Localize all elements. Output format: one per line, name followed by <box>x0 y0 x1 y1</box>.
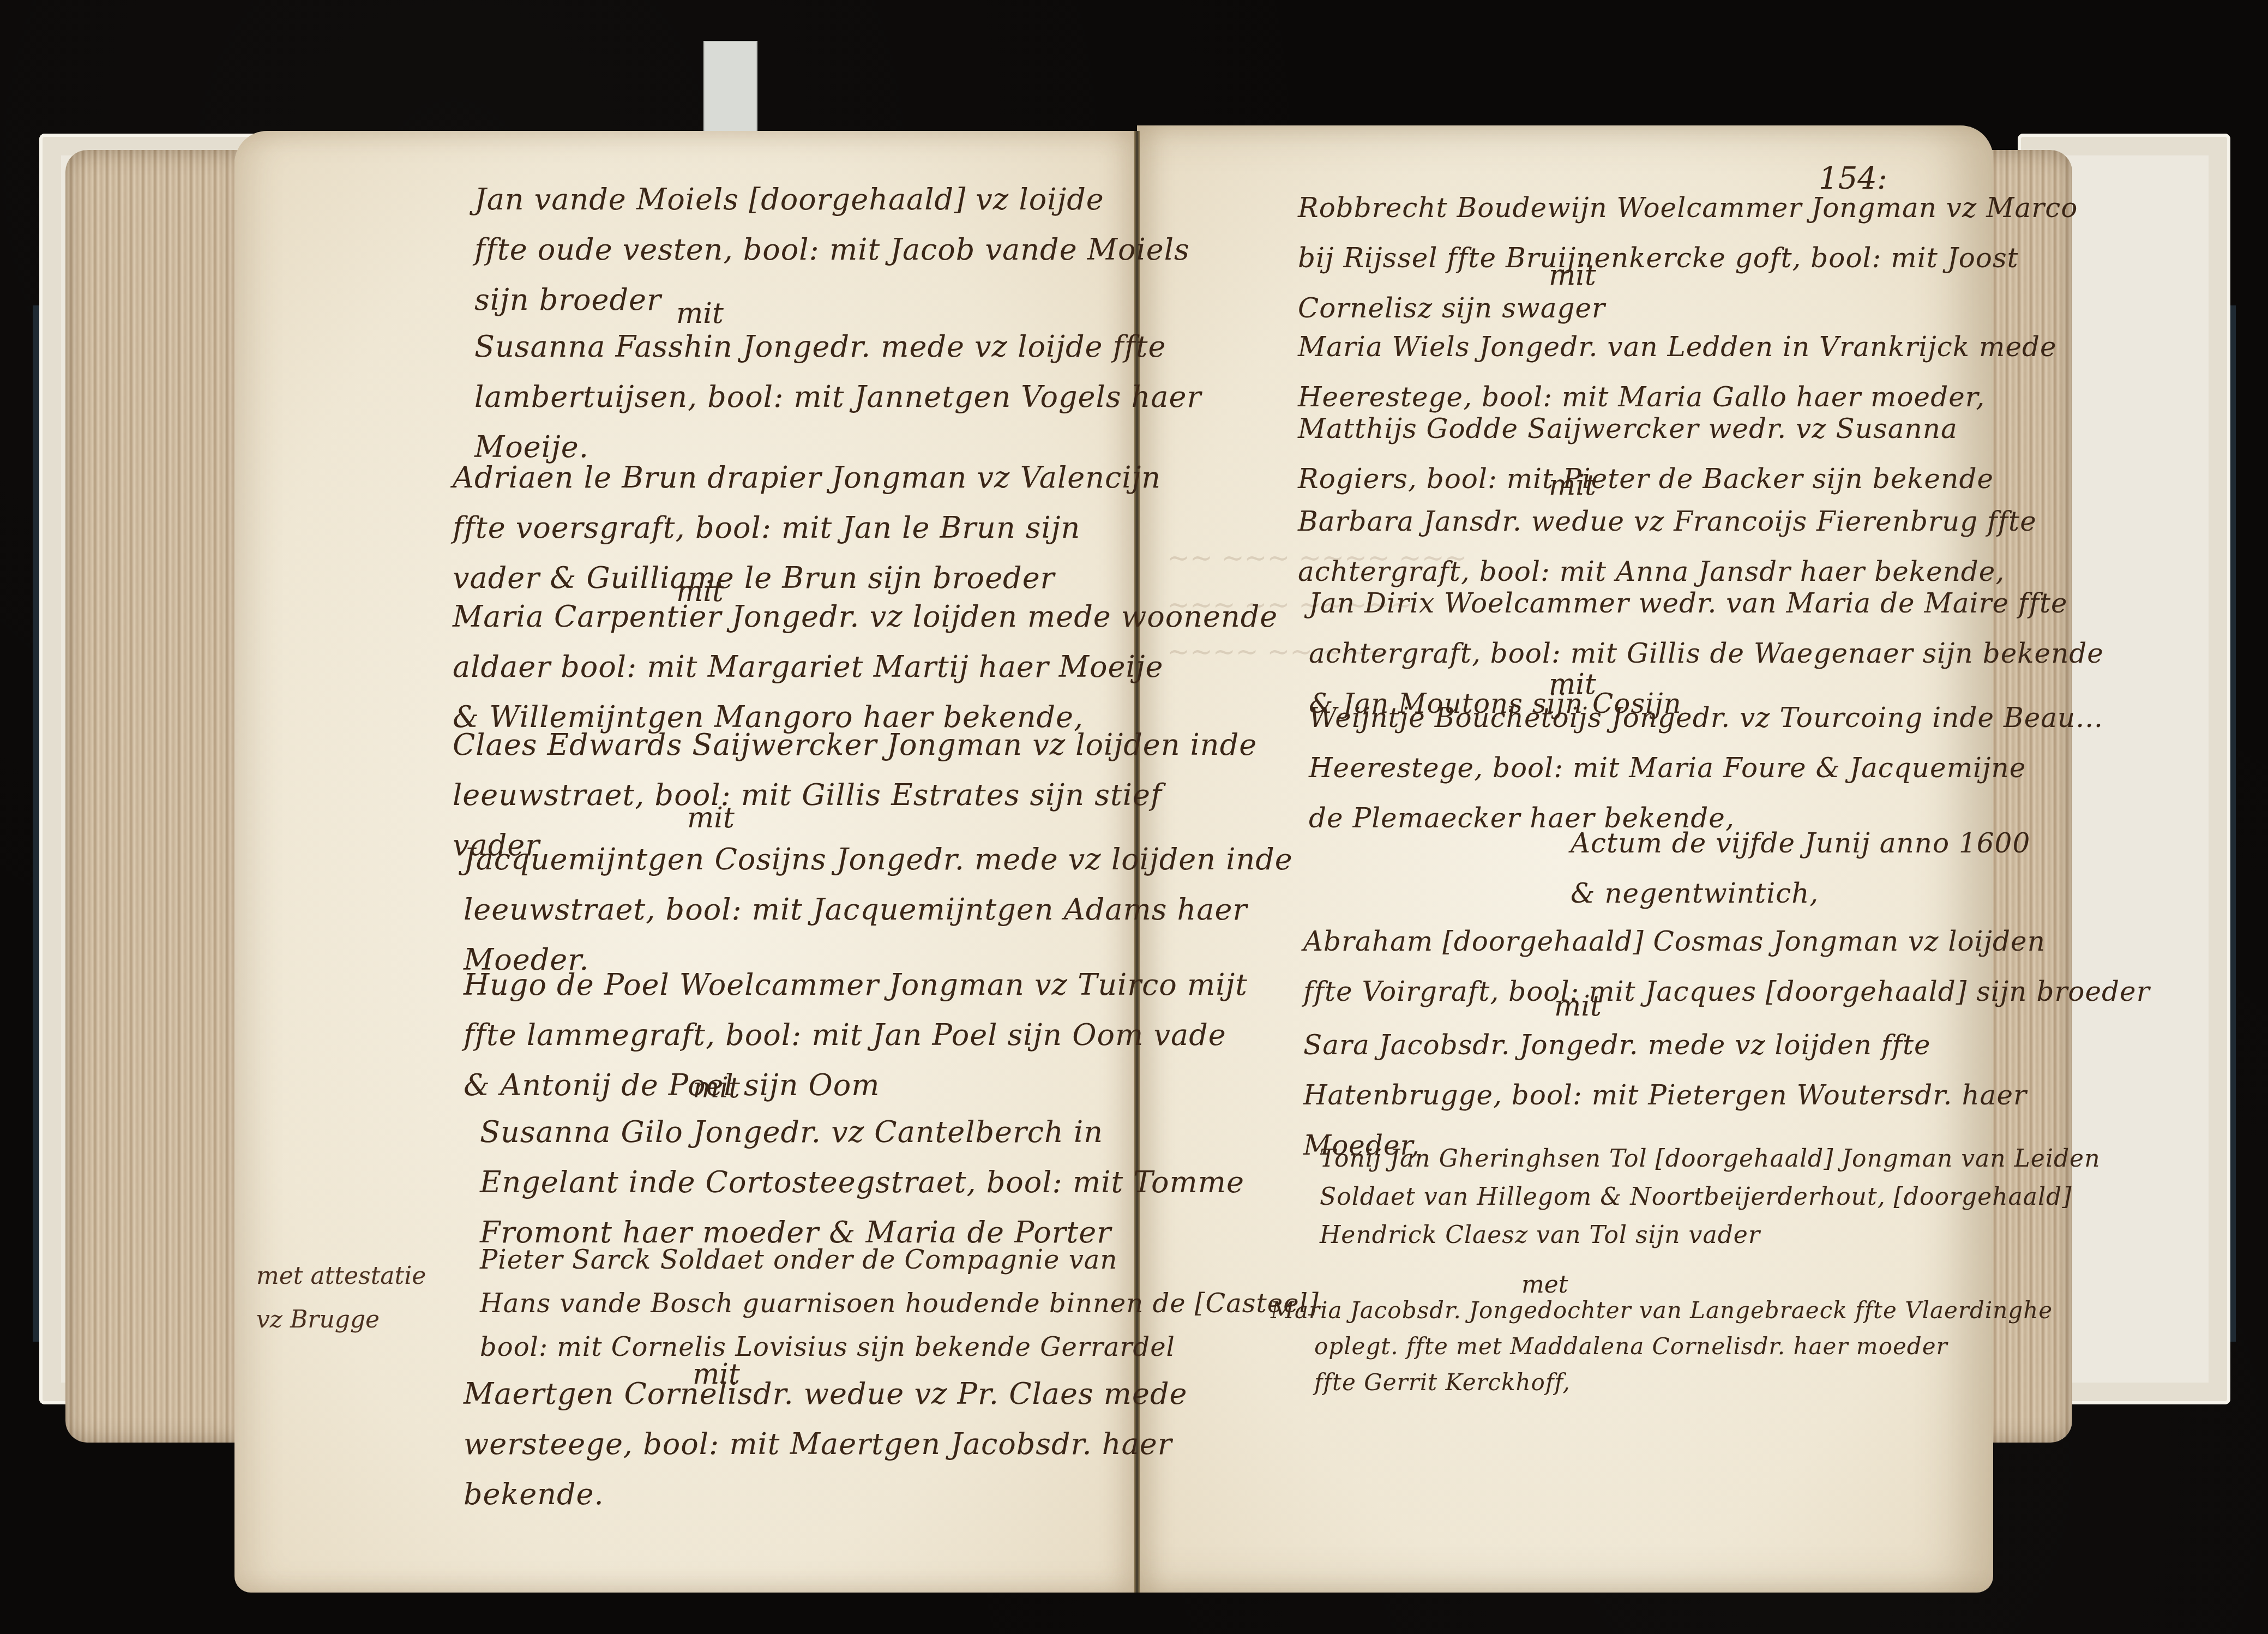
text-line: Hugo de Poel Woelcammer Jongman vz Tuirc… <box>464 960 1248 1010</box>
text-line: ffte lammegraft, bool: mit Jan Poel sijn… <box>464 1010 1248 1060</box>
text-line: Sara Jacobsdr. Jongedr. mede vz loijden … <box>1303 1020 2027 1070</box>
text-line: Pieter Sarck Soldaet onder de Compagnie … <box>480 1238 1319 1282</box>
margin-annotation: met attestatie vz Brugge <box>256 1254 426 1342</box>
text-line: met attestatie <box>256 1254 426 1298</box>
text-line: Jacquemijntgen Cosijns Jongedr. mede vz … <box>464 834 1293 885</box>
right-entry-3: Matthijs Godde Saijwercker wedr. vz Susa… <box>1298 404 1994 504</box>
left-entry-7: Hugo de Poel Woelcammer Jongman vz Tuirc… <box>464 960 1248 1110</box>
text-line: bij Rijssel ffte Bruijnenkercke goft, bo… <box>1298 233 2078 283</box>
text-line: Susanna Gilo Jongedr. vz Cantelberch in <box>480 1107 1244 1157</box>
mit-connector: mit <box>1554 990 1602 1023</box>
text-line: Engelant inde Cortosteegstraet, bool: mi… <box>480 1157 1244 1208</box>
left-entry-8: Susanna Gilo Jongedr. vz Cantelberch in … <box>480 1107 1244 1258</box>
text-line: aldaer bool: mit Margariet Martij haer M… <box>453 642 1278 692</box>
text-line: sijn broeder <box>474 275 1190 325</box>
text-line: Robbrecht Boudewijn Woelcammer Jongman v… <box>1298 183 2078 233</box>
fore-edge-stack-left <box>65 150 245 1443</box>
text-line: Actum de vijfde Junij anno 1600 <box>1571 818 2030 868</box>
text-line: bool: mit Cornelis Lovisius sijn bekende… <box>480 1325 1319 1369</box>
left-entry-9: Pieter Sarck Soldaet onder de Compagnie … <box>480 1238 1319 1369</box>
right-entry-10: Maria Jacobsdr. Jongedochter van Langebr… <box>1271 1293 2053 1401</box>
text-line: Weijntje Bouchetoijs Jongedr. vz Tourcoi… <box>1309 693 2103 743</box>
text-line: Hatenbrugge, bool: mit Pietergen Wouters… <box>1303 1070 2027 1120</box>
text-line: Hendrick Claesz van Tol sijn vader <box>1320 1216 2101 1254</box>
left-entry-10: Maertgen Cornelisdr. wedue vz Pr. Claes … <box>464 1369 1187 1519</box>
text-line: leeuwstraet, bool: mit Gillis Estrates s… <box>453 770 1257 820</box>
text-line: bekende. <box>464 1469 1187 1519</box>
right-entry-9: Tonij Jan Gheringhsen Tol [doorgehaald] … <box>1320 1140 2101 1254</box>
mit-connector: mit <box>1549 259 1596 292</box>
text-line: Susanna Fasshin Jongedr. mede vz loijde … <box>474 322 1201 372</box>
text-line: Jan vande Moiels [doorgehaald] vz loijde <box>474 175 1190 225</box>
text-line: ffte Gerrit Kerckhoff, <box>1271 1365 2053 1401</box>
mit-connector: mit <box>693 1072 740 1104</box>
date-heading: Actum de vijfde Junij anno 1600 & negent… <box>1571 818 2030 918</box>
text-line: ffte Voirgraft, bool: mit Jacques [doorg… <box>1303 966 2150 1017</box>
text-line: Maria Wiels Jongedr. van Ledden in Vrank… <box>1298 322 2057 372</box>
text-line: Abraham [doorgehaald] Cosmas Jongman vz … <box>1303 916 2150 966</box>
text-line: lambertuijsen, bool: mit Jannetgen Vogel… <box>474 372 1201 422</box>
text-line: Maertgen Cornelisdr. wedue vz Pr. Claes … <box>464 1369 1187 1419</box>
text-line: Matthijs Godde Saijwercker wedr. vz Susa… <box>1298 404 1994 454</box>
text-line: vz Brugge <box>256 1298 426 1342</box>
text-line: leeuwstraet, bool: mit Jacquemijntgen Ad… <box>464 885 1293 935</box>
text-line: Soldaet van Hillegom & Noortbeijerderhou… <box>1320 1178 2101 1216</box>
text-line: Barbara Jansdr. wedue vz Francoijs Fiere… <box>1298 496 2037 546</box>
text-line: Hans vande Bosch guarnisoen houdende bin… <box>480 1282 1319 1325</box>
text-line: ffte voersgraft, bool: mit Jan le Brun s… <box>453 503 1161 553</box>
text-line: Adriaen le Brun drapier Jongman vz Valen… <box>453 453 1161 503</box>
text-line: ffte oude vesten, bool: mit Jacob vande … <box>474 225 1190 275</box>
right-entry-1: Robbrecht Boudewijn Woelcammer Jongman v… <box>1298 183 2078 333</box>
text-line: Jan Dirix Woelcammer wedr. van Maria de … <box>1309 578 2104 628</box>
text-line: Maria Carpentier Jongedr. vz loijden med… <box>453 592 1278 642</box>
left-entry-3: Adriaen le Brun drapier Jongman vz Valen… <box>453 453 1161 603</box>
right-entry-7: Abraham [doorgehaald] Cosmas Jongman vz … <box>1303 916 2150 1017</box>
text-line: wersteege, bool: mit Maertgen Jacobsdr. … <box>464 1419 1187 1469</box>
text-line: Maria Jacobsdr. Jongedochter van Langebr… <box>1271 1293 2053 1329</box>
text-line: achtergraft, bool: mit Gillis de Waegena… <box>1309 628 2104 678</box>
text-line: & negentwintich, <box>1571 868 2030 918</box>
mit-connector: mit <box>687 802 735 834</box>
left-entry-1: Jan vande Moiels [doorgehaald] vz loijde… <box>474 175 1190 325</box>
text-line: & Antonij de Poel sijn Oom <box>464 1060 1248 1110</box>
left-entry-2: Susanna Fasshin Jongedr. mede vz loijde … <box>474 322 1201 472</box>
text-line: Tonij Jan Gheringhsen Tol [doorgehaald] … <box>1320 1140 2101 1178</box>
text-line: oplegt. ffte met Maddalena Cornelisdr. h… <box>1271 1329 2053 1365</box>
text-line: Claes Edwards Saijwercker Jongman vz loi… <box>453 720 1257 770</box>
text-line: Heerestege, bool: mit Maria Foure & Jacq… <box>1309 743 2103 793</box>
